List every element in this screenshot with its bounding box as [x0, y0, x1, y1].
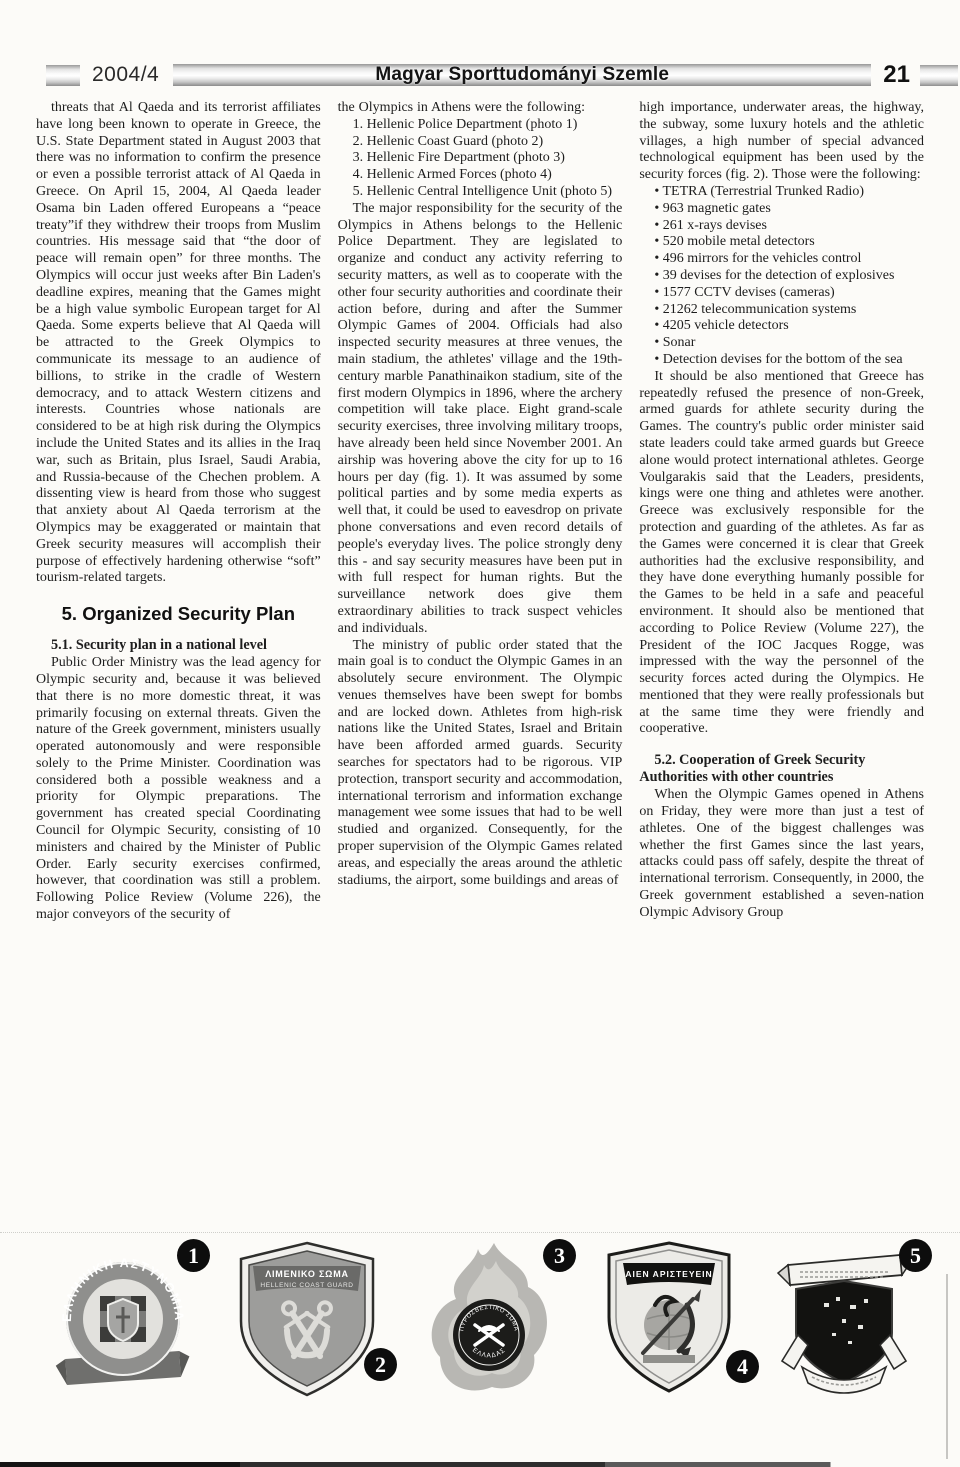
bullet-list-item: • 21262 telecommunication systems — [639, 302, 924, 319]
photo-number: 3 — [554, 1245, 565, 1267]
scan-edge-artifact — [946, 1274, 948, 1459]
photo-number-badge: 4 — [726, 1350, 759, 1383]
header-title-bar: Magyar Sporttudományi Szemle — [173, 64, 871, 86]
page-number: 21 — [883, 61, 910, 89]
numbered-list-item: 4. Hellenic Armed Forces (photo 4) — [338, 167, 623, 184]
hellenic-police-emblem-icon: ⌁⌁⌁⌁⌁⌁ ΕΛΛΗΝΙΚΗ ΑΣΤΥΝΟΜΙΑ — [48, 1239, 198, 1405]
body-paragraph: When the Olympic Games opened in Athens … — [639, 787, 924, 921]
bullet-list-item: • Sonar — [639, 335, 924, 352]
header-right-strip — [920, 65, 958, 86]
body-paragraph: The major responsibility for the securit… — [338, 201, 623, 638]
page-header: 2004/4 Magyar Sporttudományi Szemle 21 — [0, 62, 960, 88]
sub-heading: 5.1. Security plan in a national level — [36, 637, 321, 654]
numbered-list-item: 2. Hellenic Coast Guard (photo 2) — [338, 134, 623, 151]
issue-number: 2004/4 — [92, 63, 159, 87]
intelligence-emblem-icon — [776, 1239, 912, 1401]
fire-department-emblem-icon: ΠΥΡΟΣΒΕΣΤΙΚΟ ΣΩΜΑ ΕΛΛΑΔΑΣ — [416, 1239, 566, 1401]
police-center-emblem — [100, 1296, 146, 1342]
bullet-list-item: • 520 mobile metal detectors — [639, 234, 924, 251]
armed-forces-band-text: ΑΙΕΝ ΑΡΙΣΤΕΥΕΙΝ — [625, 1269, 712, 1279]
photo-number-badge: 3 — [543, 1239, 576, 1272]
column-3: high importance, underwater areas, the h… — [639, 100, 924, 1232]
coast-guard-band-line2: HELLENIC COAST GUARD — [260, 1282, 353, 1289]
photo-number: 2 — [375, 1354, 386, 1376]
bullet-list-item: • 1577 CCTV devises (cameras) — [639, 285, 924, 302]
body-paragraph: threats that Al Qaeda and its terrorist … — [36, 100, 321, 587]
body-paragraph: The ministry of public order stated that… — [338, 638, 623, 890]
photo-hellenic-central-intelligence: 5 — [776, 1239, 924, 1405]
body-paragraph: It should be also mentioned that Greece … — [639, 369, 924, 739]
photo-number-badge: 5 — [899, 1239, 932, 1272]
photo-number-badge: 2 — [364, 1348, 397, 1381]
article-body: threats that Al Qaeda and its terrorist … — [0, 100, 960, 1232]
photo-number: 4 — [737, 1356, 748, 1378]
body-paragraph: Public Order Ministry was the lead agenc… — [36, 655, 321, 924]
body-paragraph: the Olympics in Athens were the followin… — [338, 100, 623, 117]
sub-heading: 5.2. Cooperation of Greek Security Autho… — [639, 752, 924, 786]
body-paragraph: high importance, underwater areas, the h… — [639, 100, 924, 184]
coast-guard-emblem-icon: ΛΙΜΕΝΙΚΟ ΣΩΜΑ HELLENIC COAST GUARD — [231, 1239, 383, 1401]
bullet-list-item: • Detection devises for the bottom of th… — [639, 352, 924, 369]
bullet-list-item: • 496 mirrors for the vehicles control — [639, 251, 924, 268]
journal-page: 2004/4 Magyar Sporttudományi Szemle 21 t… — [0, 0, 960, 1467]
column-1: threats that Al Qaeda and its terrorist … — [36, 100, 321, 1232]
bullet-list-item: • 4205 vehicle detectors — [639, 318, 924, 335]
numbered-list-item: 5. Hellenic Central Intelligence Unit (p… — [338, 184, 623, 201]
bullet-list-item: • 39 devises for the detection of explos… — [639, 268, 924, 285]
photo-hellenic-coast-guard: ΛΙΜΕΝΙΚΟ ΣΩΜΑ HELLENIC COAST GUARD — [231, 1239, 391, 1405]
scan-bottom-bar — [0, 1462, 960, 1467]
photo-hellenic-armed-forces: ΑΙΕΝ ΑΡΙΣΤΕΥΕΙΝ 4 — [599, 1239, 751, 1405]
photo-number: 1 — [188, 1245, 199, 1267]
numbered-list-item: 3. Hellenic Fire Department (photo 3) — [338, 150, 623, 167]
bullet-list-item: • TETRA (Terrestrial Trunked Radio) — [639, 184, 924, 201]
photo-strip: ⌁⌁⌁⌁⌁⌁ ΕΛΛΗΝΙΚΗ ΑΣΤΥΝΟΜΙΑ — [0, 1232, 960, 1417]
coast-guard-band-line1: ΛΙΜΕΝΙΚΟ ΣΩΜΑ — [265, 1269, 349, 1279]
numbered-list-item: 1. Hellenic Police Department (photo 1) — [338, 117, 623, 134]
photo-hellenic-fire-department: ΠΥΡΟΣΒΕΣΤΙΚΟ ΣΩΜΑ ΕΛΛΑΔΑΣ 3 — [416, 1239, 574, 1405]
photo-hellenic-police: ⌁⌁⌁⌁⌁⌁ ΕΛΛΗΝΙΚΗ ΑΣΤΥΝΟΜΙΑ — [48, 1239, 206, 1405]
column-2: the Olympics in Athens were the followin… — [338, 100, 623, 1232]
bullet-list-item: • 261 x-rays devises — [639, 218, 924, 235]
section-heading: 5. Organized Security Plan — [36, 603, 321, 625]
header-left-strip — [46, 65, 80, 86]
journal-title: Magyar Sporttudományi Szemle — [375, 64, 669, 86]
bullet-list-item: • 963 magnetic gates — [639, 201, 924, 218]
photo-number: 5 — [910, 1245, 921, 1267]
photo-number-badge: 1 — [177, 1239, 210, 1272]
armed-forces-emblem-icon: ΑΙΕΝ ΑΡΙΣΤΕΥΕΙΝ — [599, 1239, 739, 1401]
